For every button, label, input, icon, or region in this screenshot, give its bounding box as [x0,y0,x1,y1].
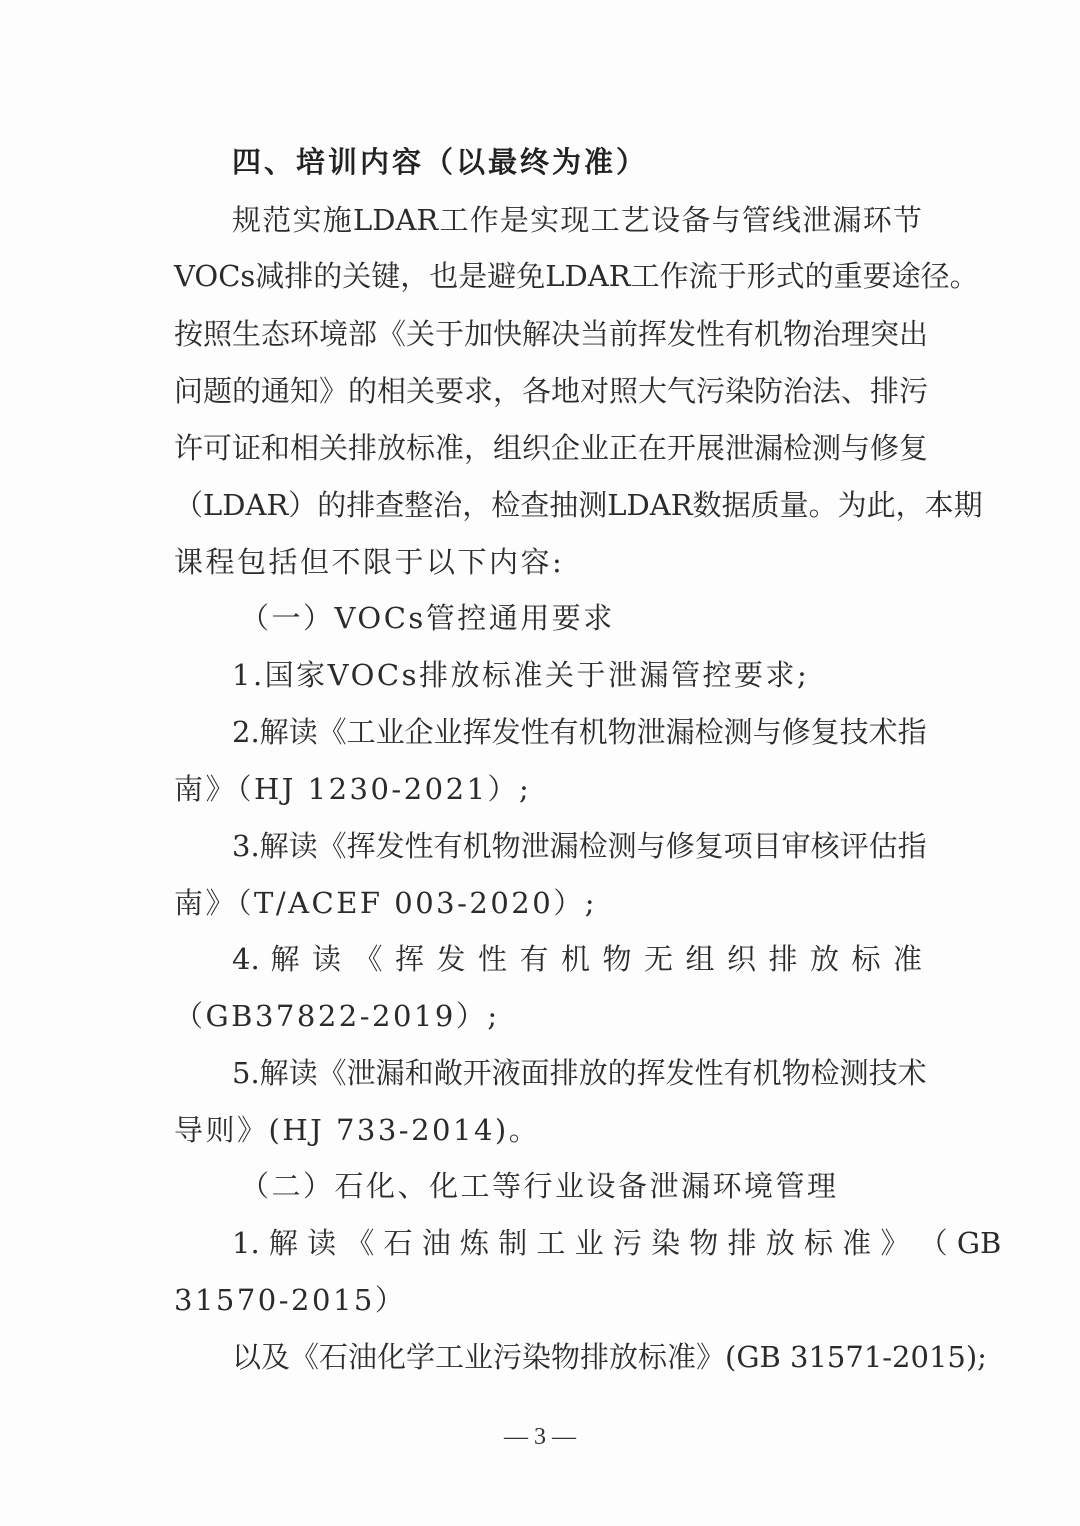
paragraph-line: 许可证和相关排放标准，组织企业正在开展泄漏检测与修复 [174,428,922,468]
list-item: 1. 解 读 《 石 油 炼 制 工 业 污 染 物 排 放 标 准 》 （ G… [232,1223,922,1263]
document-page: 四、培训内容（以最终为准） 规范实施LDAR工作是实现工艺设备与管线泄漏环节 V… [0,0,1080,1526]
page-number: — 3 — [0,1424,1080,1451]
list-item: 1.国家VOCs排放标准关于泄漏管控要求; [232,655,922,695]
paragraph-line: （LDAR）的排查整治，检查抽测LDAR数据质量。为此，本期 [174,485,922,525]
subsection-title: （二）石化、化工等行业设备泄漏环境管理 [240,1166,988,1206]
paragraph-line: 课程包括但不限于以下内容: [174,542,922,582]
list-item: 2.解读《工业企业挥发性有机物泄漏检测与修复技术指 [232,712,922,752]
list-item-continuation: 31570-2015） [174,1280,922,1320]
subsection-title: （一）VOCs管控通用要求 [240,598,988,638]
section-heading: 四、培训内容（以最终为准） [232,142,922,182]
list-item-continuation: 南》（HJ 1230-2021）; [174,769,922,809]
list-item: 4. 解 读 《 挥 发 性 有 机 物 无 组 织 排 放 标 准 [232,939,922,979]
list-item: 以及《石油化学工业污染物排放标准》(GB 31571-2015); [232,1337,922,1377]
paragraph-line: VOCs减排的关键，也是避免LDAR工作流于形式的重要途径。 [174,256,922,296]
list-item: 3.解读《挥发性有机物泄漏检测与修复项目审核评估指 [232,826,922,866]
list-item: 5.解读《泄漏和敞开液面排放的挥发性有机物检测技术 [232,1053,922,1093]
paragraph-line: 规范实施LDAR工作是实现工艺设备与管线泄漏环节 [232,200,922,240]
list-item-continuation: 南》（T/ACEF 003-2020）; [174,883,922,923]
list-item-continuation: 导则》(HJ 733-2014)。 [174,1110,922,1150]
paragraph-line: 按照生态环境部《关于加快解决当前挥发性有机物治理突出 [174,314,922,354]
list-item-continuation: （GB37822-2019）; [174,996,922,1036]
paragraph-line: 问题的通知》的相关要求，各地对照大气污染防治法、排污 [174,371,922,411]
